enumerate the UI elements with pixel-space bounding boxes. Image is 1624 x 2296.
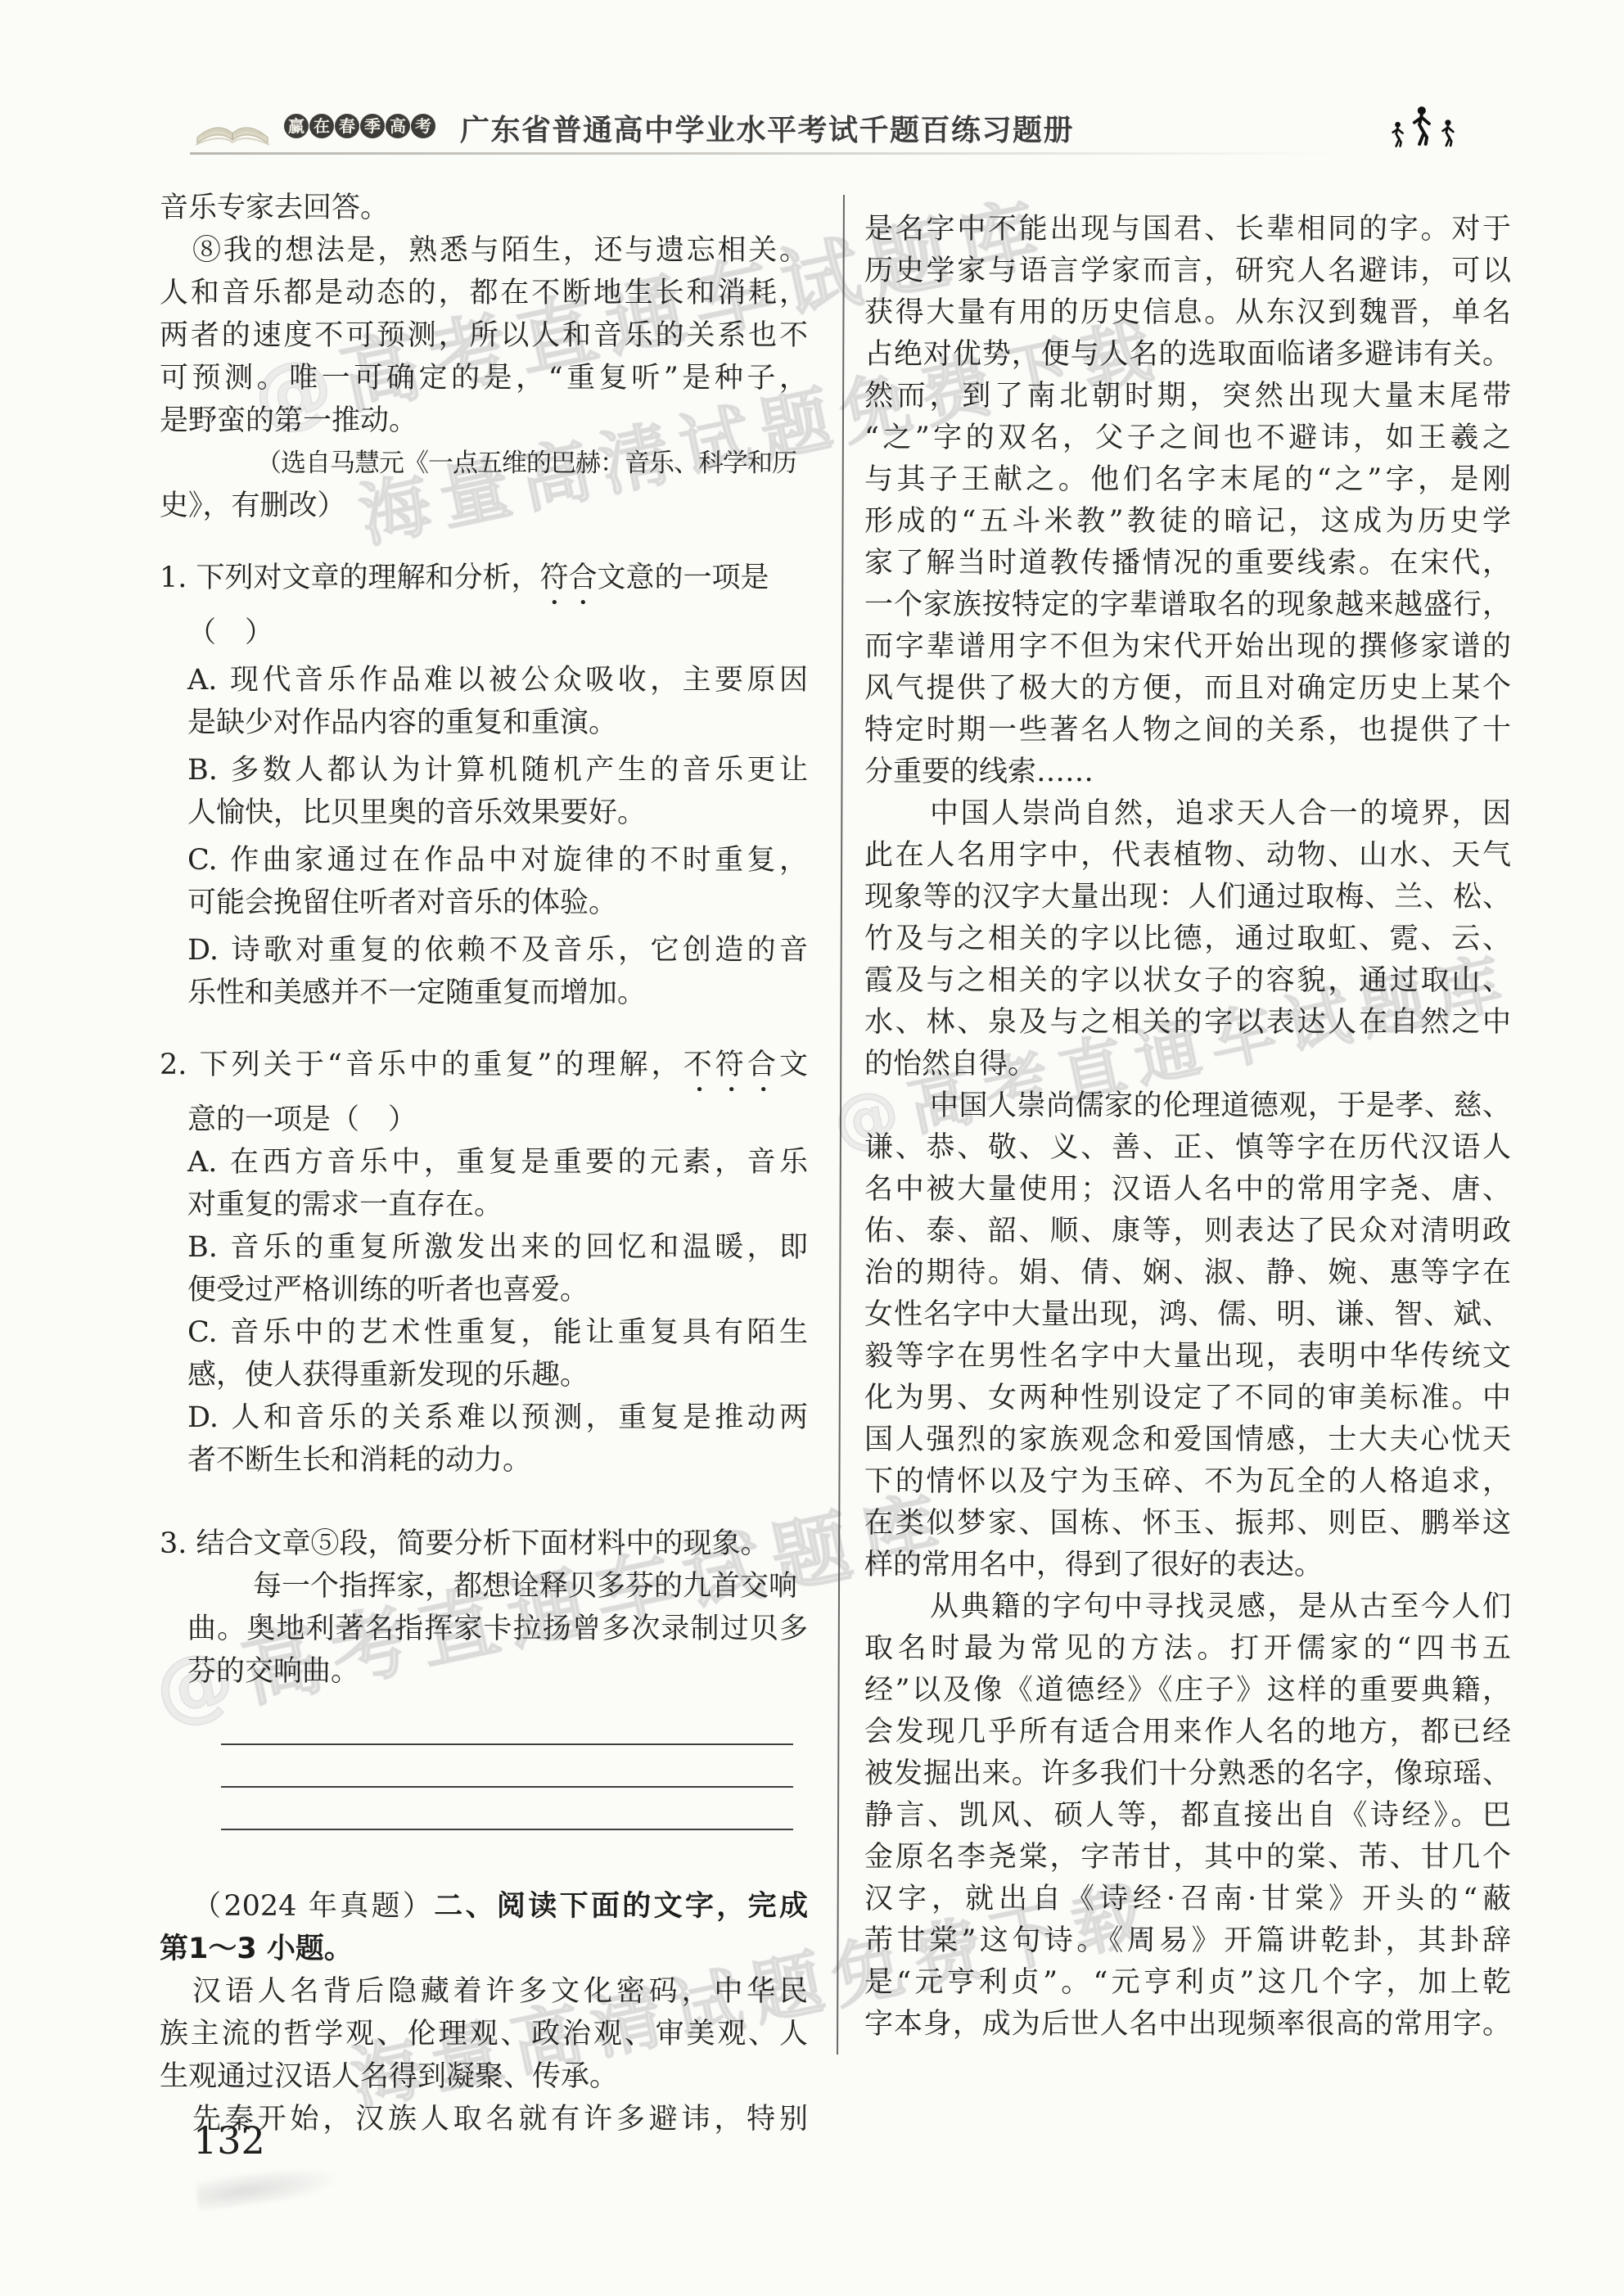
text-line: 是缺少对作品内容的重复和重演。 [160,701,808,744]
text-line: 从典籍的字句中寻找灵感，是从古至今人们 [864,1586,1511,1628]
text-line: ⑧我的想法是，熟悉与陌生，还与遗忘相关。 [160,229,808,272]
answer-line [221,1745,793,1788]
text-line: 经”以及像《道德经》《庄子》这样的重要典籍， [864,1670,1511,1712]
text-line: 治的期待。娟、倩、娴、淑、静、婉、惠等字在 [864,1252,1511,1294]
page-number: 132 [193,2120,265,2161]
text-line: 对重复的需求一直存在。 [160,1184,808,1226]
text-line: 获得大量有用的历史信息。从东汉到魏晋，单名 [864,292,1511,334]
text-line: 化为男、女两种性别设定了不同的审美标准。中 [864,1378,1511,1419]
text-line: C. 音乐中的艺术性重复，能让重复具有陌生 [160,1311,808,1354]
text-line: 是野蛮的第一推动。 [160,399,808,442]
text-line: 汉字，就出自《诗经·召南·甘棠》开头的“蔽 [864,1879,1511,1920]
text-line: 意的一项是（ ） [160,1098,808,1141]
header-rule [190,152,1393,155]
text-line: 样的常用名中，得到了很好的表达。 [864,1545,1511,1586]
text-line: 中国人崇尚儒家的伦理道德观，于是孝、慈、 [864,1085,1511,1127]
text-line: 与其子王献之。他们名字末尾的“之”字，是刚 [864,459,1511,501]
text-line: 国人强烈的家族观念和爱国情感，士大夫心忧天 [864,1419,1511,1461]
text-line: 每一个指挥家，都想诠释贝多芬的九首交响 [160,1565,808,1608]
text-line: 感，使人获得重新发现的乐趣。 [160,1354,808,1396]
text-line: 霞及与之相关的字以状女子的容貌，通过取山、 [864,960,1511,1002]
text-line: D. 诗歌对重复的依赖不及音乐，它创造的音 [160,929,808,972]
column-left: 音乐专家去回答。⑧我的想法是，熟悉与陌生，还与遗忘相关。人和音乐都是动态的，都在… [160,187,808,2140]
brand-badge: 赢在春季高考 [284,114,436,138]
emphasized-text: 不符合 [683,1049,779,1081]
column-right: 是名字中不能出现与国君、长辈相同的字。对于历史学家与语言学家而言，研究人名避讳，… [864,209,1511,2046]
text-line: B. 多数人都认为计算机随机产生的音乐更让 [160,749,808,792]
text-line: 汉语人名背后隐藏着许多文化密码，中华民 [160,1970,808,2013]
text-line: 乐性和美感并不一定随重复而增加。 [160,972,808,1014]
text-line: 分重要的线索…… [864,751,1511,793]
text-line: 曲。奥地利著名指挥家卡拉扬曾多次录制过贝多 [160,1608,808,1650]
text-line: 此在人名用字中，代表植物、动物、山水、天气 [864,835,1511,877]
badge-character: 高 [386,114,410,138]
text-line: 静言、凯风、硕人等，都直接出自《诗经》。巴 [864,1795,1511,1837]
text-line: 是名字中不能出现与国君、长辈相同的字。对于 [864,209,1511,250]
bold-segment: 二、阅读下面的文字，完成 [434,1890,808,1923]
text-line: （选自马慧元《一点五维的巴赫：音乐、科学和历 [160,442,808,485]
text-line: 家了解当时道教传播情况的重要线索。在宋代， [864,543,1511,584]
badge-character: 季 [360,114,385,138]
answer-line [221,1788,793,1830]
text-line: 2. 下列关于“音乐中的重复”的理解，不符合文 [160,1044,808,1098]
badge-character: 春 [335,114,359,138]
text-line: 可预测。唯一可确定的是，“重复听”是种子， [160,357,808,399]
text-line: 字本身，成为后世人名中出现频率很高的常用字。 [864,2004,1511,2046]
smudge-mark [195,2161,337,2211]
text-line: 金原名李尧棠，字芾甘，其中的棠、芾、甘几个 [864,1837,1511,1879]
text-line: （2024 年真题）二、阅读下面的文字，完成 [160,1885,808,1928]
text-line: 历史学家与语言学家而言，研究人名避讳，可以 [864,250,1511,292]
badge-character: 在 [309,114,334,138]
open-book-logo-icon [191,95,274,156]
text-line: 3. 结合文章⑤段，简要分析下面材料中的现象。 [160,1522,808,1565]
text-line: 的怡然自得。 [864,1044,1511,1085]
text-line: 是“元亨利贞”。“元亨利贞”这几个字，加上乾 [864,1962,1511,2004]
badge-character: 考 [411,114,435,138]
text-line: A. 现代音乐作品难以被公众吸收，主要原因 [160,659,808,701]
text-line: 中国人崇尚自然，追求天人合一的境界，因 [864,793,1511,835]
text-line: 佑、泰、韶、顺、康等，则表达了民众对清明政 [864,1211,1511,1252]
text-line: 竹及与之相关的字以比德，通过取虹、霓、云、 [864,918,1511,960]
text-line: 史》，有删改） [160,485,808,527]
text-line: 族主流的哲学观、伦理观、政治观、审美观、人 [160,2013,808,2055]
text-line: B. 音乐的重复所激发出来的回忆和温暖，即 [160,1226,808,1269]
badge-character: 赢 [284,114,309,138]
text-line: 特定时期一些著名人物之间的关系，也提供了十 [864,710,1511,751]
text-line: 会发现几乎所有适合用来作人名的地方，都已经 [864,1712,1511,1753]
text-line: 然而，到了南北朝时期，突然出现大量末尾带 [864,376,1511,417]
runners-icon [1390,103,1464,162]
text-line: 人和音乐都是动态的，都在不断地生长和消耗， [160,272,808,314]
column-divider [837,195,845,2055]
text-line: 形成的“五斗米教”教徒的暗记，这成为历史学 [864,501,1511,543]
text-line: 下的情怀以及宁为玉碎、不为瓦全的人格追求， [864,1461,1511,1503]
answer-line [221,1703,793,1745]
text-line: （ ） [160,611,808,654]
text-line: 现象等的汉字大量出现：人们通过取梅、兰、松、 [864,877,1511,918]
text-line: A. 在西方音乐中，重复是重要的元素，音乐 [160,1141,808,1184]
text-line: 音乐专家去回答。 [160,187,808,229]
page: 赢在春季高考 广东省普通高中学业水平考试千题百练习题册 @高考直通车试题库 海量… [0,0,1624,2296]
text-line: 在类似梦家、国栋、怀玉、振邦、则臣、鹏举这 [864,1503,1511,1545]
text-line: 谦、恭、敬、义、善、正、慎等字在历代汉语人 [864,1127,1511,1169]
emphasized-text: 符合 [540,562,598,594]
text-line: 被发掘出来。许多我们十分熟悉的名字，像琼瑶、 [864,1753,1511,1795]
text-line: 便受过严格训练的听者也喜爱。 [160,1269,808,1311]
text-line: C. 作曲家通过在作品中对旋律的不时重复， [160,839,808,882]
text-line: “之”字的双名，父子之间也不避讳，如王羲之 [864,417,1511,459]
text-line: 毅等字在男性名字中大量出现，表明中华传统文 [864,1336,1511,1378]
text-line: 一个家族按特定的字辈谱取名的现象越来越盛行， [864,584,1511,626]
text-line: 人愉快，比贝里奥的音乐效果要好。 [160,792,808,834]
text-line: 生观通过汉语人名得到凝聚、传承。 [160,2055,808,2098]
text-line: 芬的交响曲。 [160,1650,808,1693]
text-line: 芾甘棠”这句诗。《周易》开篇讲乾卦，其卦辞 [864,1920,1511,1962]
header-title: 广东省普通高中学业水平考试千题百练习题册 [460,115,1074,147]
text-line: 而字辈谱用字不但为宋代开始出现的撰修家谱的 [864,626,1511,668]
text-line: 女性名字中大量出现，鸿、儒、明、谦、智、斌、 [864,1294,1511,1336]
text-line: 两者的速度不可预测，所以人和音乐的关系也不 [160,314,808,357]
text-line: 取名时最为常见的方法。打开儒家的“四书五 [864,1628,1511,1670]
text-line: 1. 下列对文章的理解和分析，符合文意的一项是 [160,557,808,611]
text-line: D. 人和音乐的关系难以预测，重复是推动两 [160,1396,808,1439]
text-line: 水、林、泉及与之相关的字以表达人在自然之中 [864,1002,1511,1044]
text-line: 第1～3 小题。 [160,1928,808,1970]
text-line: 名中被大量使用；汉语人名中的常用字尧、唐、 [864,1169,1511,1211]
text-line: 占绝对优势，便与人名的选取面临诸多避讳有关。 [864,334,1511,376]
text-line: 可能会挽留住听者对音乐的体验。 [160,882,808,924]
text-line: 者不断生长和消耗的动力。 [160,1439,808,1482]
text-line: 风气提供了极大的方便，而且对确定历史上某个 [864,668,1511,710]
